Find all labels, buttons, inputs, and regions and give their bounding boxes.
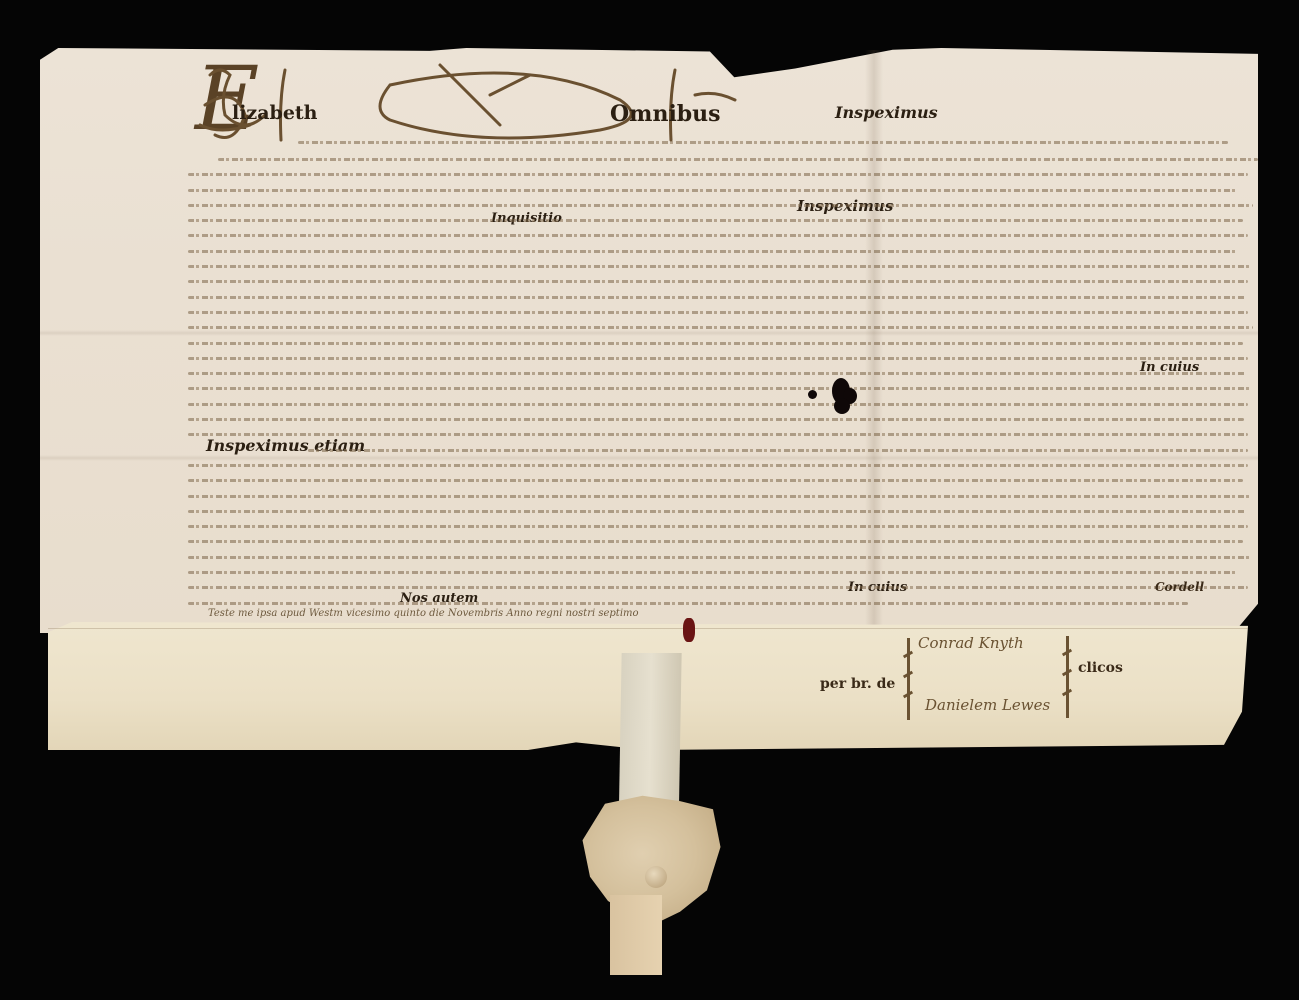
bracket-right xyxy=(1066,636,1069,718)
seal-boss xyxy=(645,866,667,888)
plica-edge xyxy=(48,628,1248,629)
salutation-word: Omnibus xyxy=(610,101,721,127)
closing-dating-clause: Teste me ipsa apud Westm vicesimo quinto… xyxy=(208,608,639,619)
bracketed-note: clicos xyxy=(1078,660,1123,676)
clerk-signature: Cordell xyxy=(1155,580,1204,594)
inspeximus-heading: Inspeximus xyxy=(835,103,938,122)
warrant-note: per br. de xyxy=(820,676,895,692)
bracket-left xyxy=(907,638,910,720)
charter-body-text xyxy=(188,135,1258,611)
nos-autem-heading: Nos autem xyxy=(400,591,478,606)
signature-name-2: Danielem Lewes xyxy=(925,696,1050,714)
ink-blot xyxy=(834,398,850,414)
red-wax-drop xyxy=(683,618,695,642)
seal-tag-tail xyxy=(610,895,662,975)
opening-word: lizabeth xyxy=(232,102,318,124)
signature-name-1: Conrad Knyth xyxy=(918,634,1024,652)
flourish-decoration xyxy=(190,55,750,145)
ink-blot xyxy=(808,390,817,399)
